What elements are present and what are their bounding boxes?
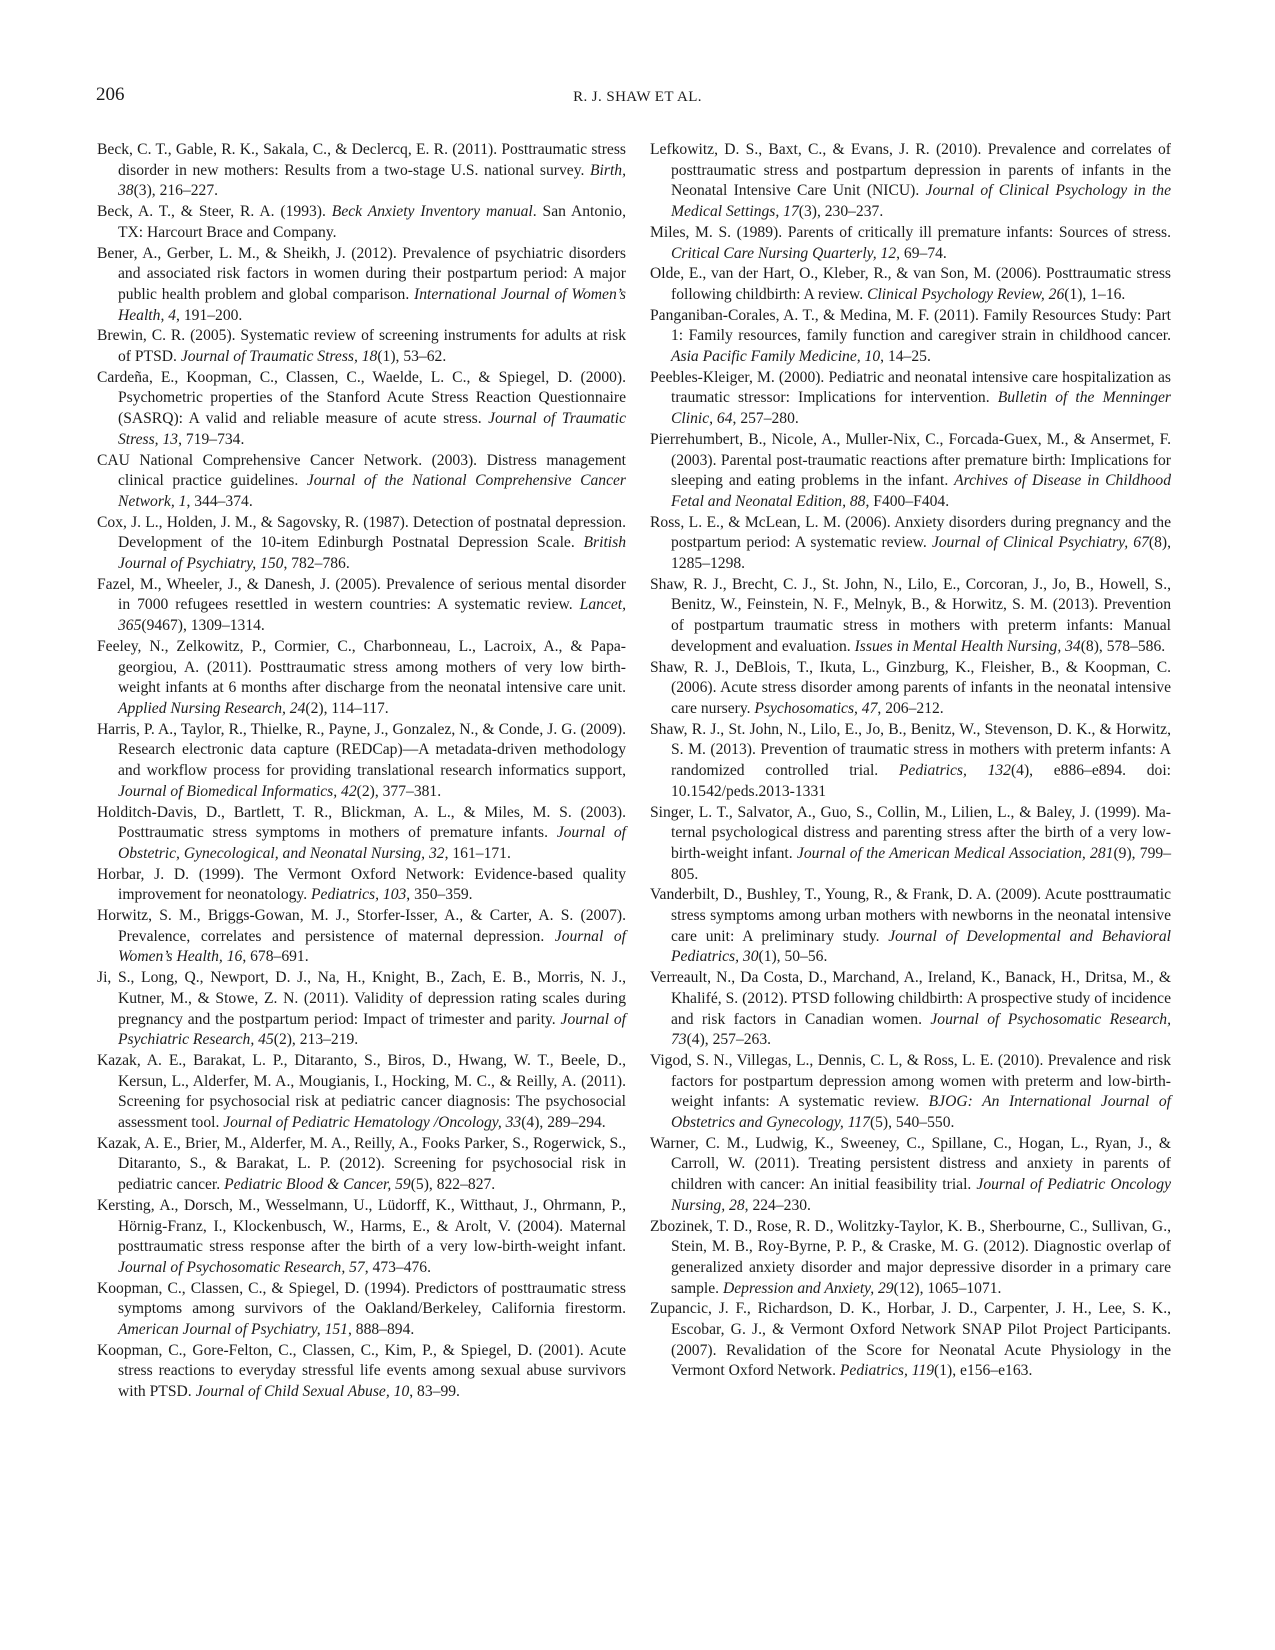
reference-entry: Lefkowitz, D. S., Baxt, C., & Evans, J. …	[650, 140, 1171, 223]
reference-entry: Brewin, C. R. (2005). Systematic review …	[97, 326, 626, 367]
reference-entry: Horbar, J. D. (1999). The Vermont Oxford…	[97, 865, 626, 906]
reference-entry: Horwitz, S. M., Briggs-Gowan, M. J., Sto…	[97, 906, 626, 968]
reference-entry: Kersting, A., Dorsch, M., Wesselmann, U.…	[97, 1196, 626, 1279]
reference-entry: Zbozinek, T. D., Rose, R. D., Wolitzky-T…	[650, 1217, 1171, 1300]
reference-entry: Koopman, C., Gore-Felton, C., Classen, C…	[97, 1341, 626, 1403]
reference-entry: Olde, E., van der Hart, O., Kleber, R., …	[650, 264, 1171, 305]
reference-entry: Vanderbilt, D., Bushley, T., Young, R., …	[650, 885, 1171, 968]
reference-entry: Vigod, S. N., Villegas, L., Dennis, C. L…	[650, 1051, 1171, 1134]
reference-entry: Kazak, A. E., Brier, M., Alderfer, M. A.…	[97, 1134, 626, 1196]
reference-entry: Kazak, A. E., Barakat, L. P., Ditaranto,…	[97, 1051, 626, 1134]
reference-entry: CAU National Comprehensive Cancer Networ…	[97, 451, 626, 513]
reference-entry: Koopman, C., Classen, C., & Spiegel, D. …	[97, 1279, 626, 1341]
reference-entry: Fazel, M., Wheeler, J., & Danesh, J. (20…	[97, 575, 626, 637]
reference-entry: Shaw, R. J., Brecht, C. J., St. John, N.…	[650, 575, 1171, 658]
reference-entry: Cardeña, E., Koopman, C., Classen, C., W…	[97, 368, 626, 451]
reference-entry: Holditch-Davis, D., Bartlett, T. R., Bli…	[97, 803, 626, 865]
reference-entry: Peebles-Kleiger, M. (2000). Pediatric an…	[650, 368, 1171, 430]
reference-entry: Pierrehumbert, B., Nicole, A., Muller-Ni…	[650, 430, 1171, 513]
reference-entry: Ross, L. E., & McLean, L. M. (2006). Anx…	[650, 513, 1171, 575]
reference-entry: Panganiban-Corales, A. T., & Medina, M. …	[650, 306, 1171, 368]
reference-entry: Feeley, N., Zelkowitz, P., Cormier, C., …	[97, 637, 626, 720]
reference-entry: Cox, J. L., Holden, J. M., & Sagovsky, R…	[97, 513, 626, 575]
reference-entry: Singer, L. T., Salvator, A., Guo, S., Co…	[650, 803, 1171, 886]
reference-entry: Warner, C. M., Ludwig, K., Sweeney, C., …	[650, 1134, 1171, 1217]
reference-entry: Shaw, R. J., St. John, N., Lilo, E., Jo,…	[650, 720, 1171, 803]
reference-entry: Harris, P. A., Taylor, R., Thielke, R., …	[97, 720, 626, 803]
document-page: 206 R. J. SHAW ET AL. Beck, C. T., Gable…	[0, 0, 1275, 1650]
running-head: R. J. SHAW ET AL.	[0, 88, 1275, 106]
references-column-right: Lefkowitz, D. S., Baxt, C., & Evans, J. …	[650, 140, 1171, 1382]
reference-entry: Beck, C. T., Gable, R. K., Sakala, C., &…	[97, 140, 626, 202]
reference-entry: Bener, A., Gerber, L. M., & Sheikh, J. (…	[97, 244, 626, 327]
reference-entry: Shaw, R. J., DeBlois, T., Ikuta, L., Gin…	[650, 658, 1171, 720]
references-column-left: Beck, C. T., Gable, R. K., Sakala, C., &…	[97, 140, 626, 1403]
reference-entry: Miles, M. S. (1989). Parents of critical…	[650, 223, 1171, 264]
reference-entry: Zupancic, J. F., Richardson, D. K., Horb…	[650, 1299, 1171, 1382]
reference-entry: Ji, S., Long, Q., Newport, D. J., Na, H.…	[97, 968, 626, 1051]
reference-entry: Beck, A. T., & Steer, R. A. (1993). Beck…	[97, 202, 626, 243]
reference-entry: Verreault, N., Da Costa, D., Marchand, A…	[650, 968, 1171, 1051]
